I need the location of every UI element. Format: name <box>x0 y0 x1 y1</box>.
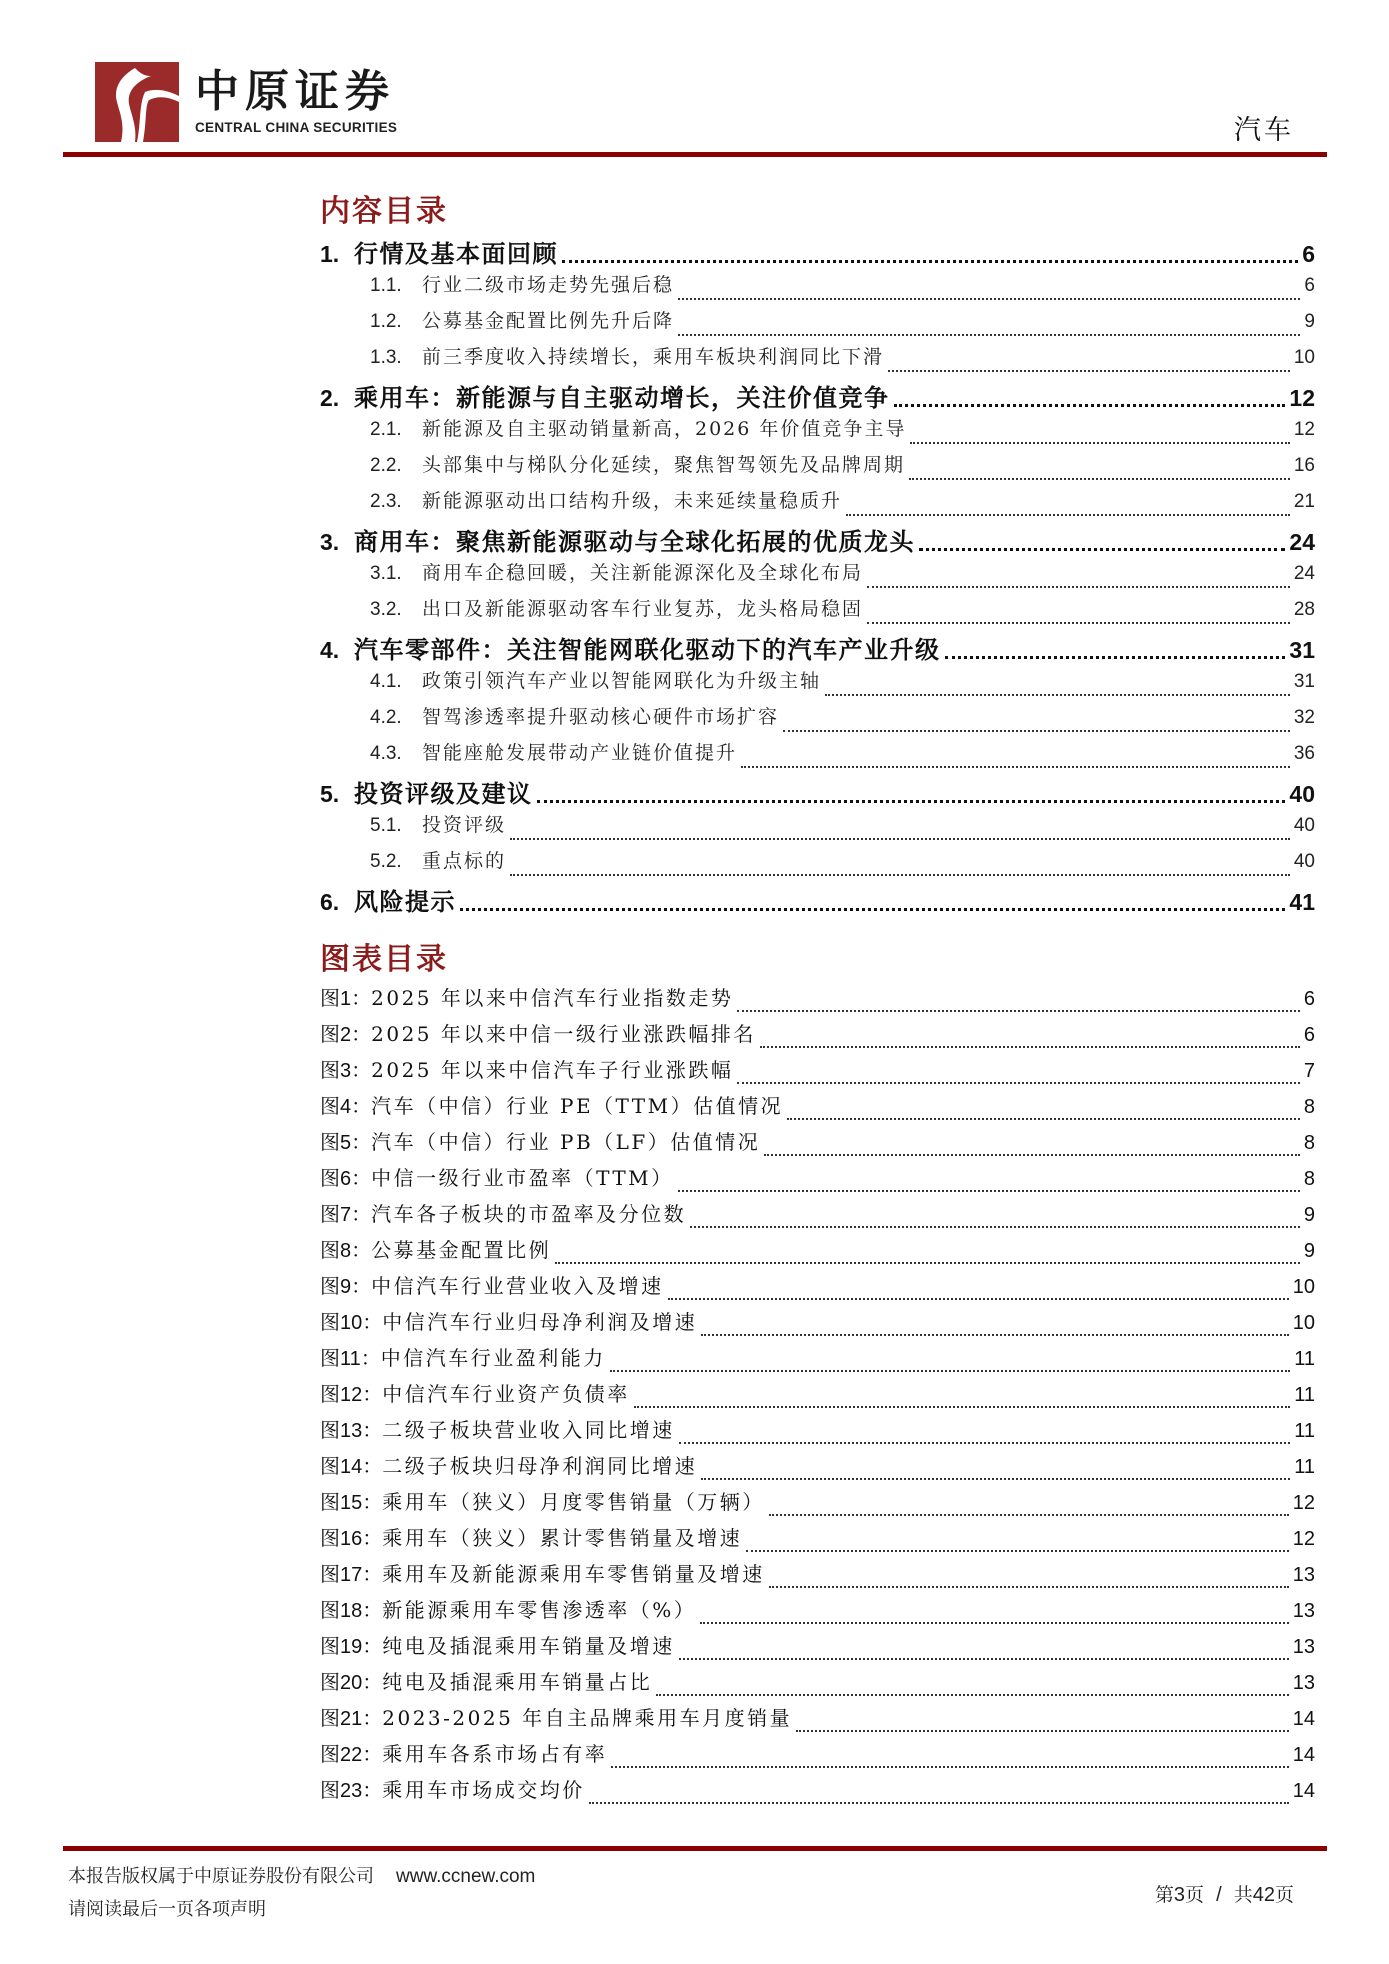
disclaimer-text: 请阅读最后一页各项声明 <box>68 1893 535 1926</box>
figure-prefix: 图 <box>320 1666 340 1695</box>
entry-page: 12 <box>1294 419 1315 441</box>
toc-section[interactable]: 5.投资评级及建议40 <box>320 774 1315 810</box>
entry-number: 1.2. <box>370 311 422 333</box>
figure-prefix: 图 <box>320 982 340 1011</box>
figure-number: 19 <box>340 1636 362 1659</box>
entry-page: 21 <box>1294 491 1315 513</box>
figure-page: 11 <box>1294 1348 1315 1371</box>
entry-number: 5. <box>320 781 354 808</box>
header-divider <box>63 152 1327 157</box>
figure-page: 9 <box>1304 1240 1315 1263</box>
entry-label: 行情及基本面回顾 <box>354 234 558 269</box>
figure-label: 乘用车市场成交均价 <box>382 1774 585 1803</box>
dot-leader <box>945 656 1286 659</box>
figure-colon: ： <box>362 1594 382 1623</box>
dot-leader <box>769 1514 1289 1516</box>
figure-prefix: 图 <box>320 1306 340 1335</box>
figure-colon: ： <box>361 1342 381 1371</box>
figure-colon: ： <box>362 1522 382 1551</box>
figure-colon: ： <box>362 1486 382 1515</box>
figure-entry[interactable]: 图12：中信汽车行业资产负债率11 <box>320 1378 1315 1414</box>
entry-page: 40 <box>1294 851 1315 873</box>
figure-label: 中信汽车行业营业收入及增速 <box>371 1270 664 1299</box>
figure-colon: ： <box>362 1666 382 1695</box>
figure-entry[interactable]: 图16：乘用车（狭义）累计零售销量及增速12 <box>320 1522 1315 1558</box>
figure-prefix: 图 <box>320 1342 340 1371</box>
figure-entry[interactable]: 图1：2025 年以来中信汽车行业指数走势6 <box>320 982 1315 1018</box>
figure-page: 14 <box>1293 1744 1315 1767</box>
figure-number: 13 <box>340 1420 362 1443</box>
entry-number: 1.1. <box>370 275 422 297</box>
entry-label: 出口及新能源驱动客车行业复苏，龙头格局稳固 <box>422 594 863 621</box>
entry-number: 2.2. <box>370 455 422 477</box>
dot-leader <box>589 1802 1289 1804</box>
figure-entry[interactable]: 图8：公募基金配置比例9 <box>320 1234 1315 1270</box>
figure-prefix: 图 <box>320 1630 340 1659</box>
figure-prefix: 图 <box>320 1414 340 1443</box>
figure-label: 2025 年以来中信汽车子行业涨跌幅 <box>371 1054 733 1083</box>
entry-page: 6 <box>1302 241 1315 268</box>
figure-label: 二级子板块营业收入同比增速 <box>382 1414 675 1443</box>
toc-section[interactable]: 3.商用车：聚焦新能源驱动与全球化拓展的优质龙头24 <box>320 522 1315 558</box>
dot-leader <box>867 622 1290 624</box>
figure-number: 6 <box>340 1168 351 1191</box>
toc-subsection[interactable]: 5.2.重点标的40 <box>320 846 1315 882</box>
figure-entry[interactable]: 图9：中信汽车行业营业收入及增速10 <box>320 1270 1315 1306</box>
dot-leader <box>787 1118 1300 1120</box>
figure-colon: ： <box>351 1234 371 1263</box>
toc-section[interactable]: 6.风险提示41 <box>320 882 1315 918</box>
entry-number: 4.2. <box>370 707 422 729</box>
figure-colon: ： <box>351 1018 371 1047</box>
page-header: 中原证券 CENTRAL CHINA SECURITIES 汽车 <box>0 0 1389 160</box>
entry-label: 商用车企稳回暖，关注新能源深化及全球化布局 <box>422 558 863 585</box>
toc-subsection[interactable]: 4.1.政策引领汽车产业以智能网联化为升级主轴31 <box>320 666 1315 702</box>
toc-section[interactable]: 1.行情及基本面回顾6 <box>320 234 1315 270</box>
figure-page: 14 <box>1293 1708 1315 1731</box>
figure-list-title: 图表目录 <box>320 938 1315 982</box>
figure-colon: ： <box>362 1414 382 1443</box>
figure-label: 汽车各子板块的市盈率及分位数 <box>371 1198 686 1227</box>
figure-label: 汽车（中信）行业 PB（LF）估值情况 <box>371 1126 760 1155</box>
dot-leader <box>760 1046 1300 1048</box>
figure-entry[interactable]: 图13：二级子板块营业收入同比增速11 <box>320 1414 1315 1450</box>
figure-entry[interactable]: 图17：乘用车及新能源乘用车零售销量及增速13 <box>320 1558 1315 1594</box>
figure-colon: ： <box>351 1270 371 1299</box>
copyright-text: 本报告版权属于中原证券股份有限公司 <box>68 1866 374 1887</box>
figure-prefix: 图 <box>320 1090 340 1119</box>
website-link[interactable]: www.ccnew.com <box>396 1866 535 1887</box>
dot-leader <box>910 442 1289 444</box>
entry-number: 4. <box>320 637 354 664</box>
figure-page: 13 <box>1293 1672 1315 1695</box>
footer-divider <box>63 1846 1327 1851</box>
figure-number: 16 <box>340 1528 362 1551</box>
figure-number: 21 <box>340 1708 362 1731</box>
entry-number: 5.2. <box>370 851 422 873</box>
toc-section[interactable]: 4.汽车零部件：关注智能网联化驱动下的汽车产业升级31 <box>320 630 1315 666</box>
current-page: 3 <box>1174 1884 1185 1906</box>
dot-leader <box>510 874 1290 876</box>
dot-leader <box>701 1334 1289 1336</box>
entry-page: 40 <box>1289 781 1315 808</box>
figure-prefix: 图 <box>320 1270 340 1299</box>
entry-label: 商用车：聚焦新能源驱动与全球化拓展的优质龙头 <box>354 522 915 557</box>
entry-number: 4.3. <box>370 743 422 765</box>
dot-leader <box>555 1262 1300 1264</box>
dot-leader <box>678 334 1300 336</box>
figure-prefix: 图 <box>320 1486 340 1515</box>
entry-number: 3.1. <box>370 563 422 585</box>
toc-subsection[interactable]: 4.2.智驾渗透率提升驱动核心硬件市场扩容32 <box>320 702 1315 738</box>
figure-number: 14 <box>340 1456 362 1479</box>
figure-prefix: 图 <box>320 1018 340 1047</box>
dot-leader <box>737 1082 1299 1084</box>
figure-colon: ： <box>351 1090 371 1119</box>
toc-subsection[interactable]: 2.2.头部集中与梯队分化延续，聚焦智驾领先及品牌周期16 <box>320 450 1315 486</box>
entry-label: 头部集中与梯队分化延续，聚焦智驾领先及品牌周期 <box>422 450 905 477</box>
figure-prefix: 图 <box>320 1126 340 1155</box>
figure-prefix: 图 <box>320 1738 340 1767</box>
figure-label: 新能源乘用车零售渗透率（%） <box>382 1594 696 1623</box>
figure-page: 10 <box>1293 1312 1315 1335</box>
figure-number: 11 <box>340 1348 361 1371</box>
toc-list: 1.行情及基本面回顾61.1.行业二级市场走势先强后稳61.2.公募基金配置比例… <box>320 234 1315 918</box>
dot-leader <box>909 478 1290 480</box>
toc-subsection[interactable]: 1.1.行业二级市场走势先强后稳6 <box>320 270 1315 306</box>
figure-page: 9 <box>1304 1204 1315 1227</box>
figure-entry[interactable]: 图2：2025 年以来中信一级行业涨跌幅排名6 <box>320 1018 1315 1054</box>
entry-page: 31 <box>1294 671 1315 693</box>
dot-leader <box>610 1370 1290 1372</box>
entry-label: 风险提示 <box>354 882 456 917</box>
entry-page: 36 <box>1294 743 1315 765</box>
figure-page: 11 <box>1294 1456 1315 1479</box>
figure-label: 乘用车各系市场占有率 <box>382 1738 607 1767</box>
entry-page: 24 <box>1289 529 1315 556</box>
figure-prefix: 图 <box>320 1522 340 1551</box>
figure-entry[interactable]: 图19：纯电及插混乘用车销量及增速13 <box>320 1630 1315 1666</box>
toc-subsection[interactable]: 2.1.新能源及自主驱动销量新高，2026 年价值竞争主导12 <box>320 414 1315 450</box>
figure-page: 13 <box>1293 1600 1315 1623</box>
dot-leader <box>701 1478 1290 1480</box>
figure-label: 纯电及插混乘用车销量占比 <box>382 1666 652 1695</box>
entry-label: 投资评级及建议 <box>354 774 533 809</box>
figure-label: 中信汽车行业盈利能力 <box>381 1342 606 1371</box>
figure-colon: ： <box>351 1162 371 1191</box>
entry-page: 24 <box>1294 563 1315 585</box>
logo-english-name: CENTRAL CHINA SECURITIES <box>195 120 397 135</box>
entry-page: 9 <box>1304 311 1315 333</box>
figure-entry[interactable]: 图20：纯电及插混乘用车销量占比13 <box>320 1666 1315 1702</box>
figure-page: 7 <box>1304 1060 1315 1083</box>
figure-label: 公募基金配置比例 <box>371 1234 551 1263</box>
figure-page: 6 <box>1304 1024 1315 1047</box>
entry-number: 2. <box>320 385 354 412</box>
entry-page: 31 <box>1289 637 1315 664</box>
total-pages: 42 <box>1253 1884 1275 1906</box>
figure-page: 13 <box>1293 1636 1315 1659</box>
dot-leader <box>867 586 1290 588</box>
dot-leader <box>668 1298 1289 1300</box>
dot-leader <box>888 370 1290 372</box>
entry-label: 行业二级市场走势先强后稳 <box>422 270 674 297</box>
dot-leader <box>796 1730 1289 1732</box>
figure-number: 8 <box>340 1240 351 1263</box>
figure-colon: ： <box>362 1306 382 1335</box>
logo-emblem-icon <box>95 62 179 142</box>
figure-colon: ： <box>351 982 371 1011</box>
entry-label: 前三季度收入持续增长，乘用车板块利润同比下滑 <box>422 342 884 369</box>
figure-page: 10 <box>1293 1276 1315 1299</box>
figure-prefix: 图 <box>320 1702 340 1731</box>
dot-leader <box>634 1406 1290 1408</box>
dot-leader <box>690 1226 1300 1228</box>
figure-label: 二级子板块归母净利润同比增速 <box>382 1450 697 1479</box>
figure-label: 2025 年以来中信一级行业涨跌幅排名 <box>371 1018 756 1047</box>
toc-subsection[interactable]: 3.2.出口及新能源驱动客车行业复苏，龙头格局稳固28 <box>320 594 1315 630</box>
figure-prefix: 图 <box>320 1774 340 1803</box>
industry-tag: 汽车 <box>1234 108 1294 147</box>
figure-prefix: 图 <box>320 1558 340 1587</box>
figure-entry[interactable]: 图15：乘用车（狭义）月度零售销量（万辆）12 <box>320 1486 1315 1522</box>
figure-number: 23 <box>340 1780 362 1803</box>
entry-label: 政策引领汽车产业以智能网联化为升级主轴 <box>422 666 821 693</box>
dot-leader <box>737 1010 1299 1012</box>
figure-entry[interactable]: 图10：中信汽车行业归母净利润及增速10 <box>320 1306 1315 1342</box>
figure-label: 乘用车（狭义）月度零售销量（万辆） <box>382 1486 765 1515</box>
dot-leader <box>919 548 1285 551</box>
toc-subsection[interactable]: 1.2.公募基金配置比例先升后降9 <box>320 306 1315 342</box>
entry-number: 6. <box>320 889 354 916</box>
figure-number: 17 <box>340 1564 362 1587</box>
dot-leader <box>678 1190 1300 1192</box>
figure-colon: ： <box>362 1774 382 1803</box>
figure-number: 20 <box>340 1672 362 1695</box>
figure-page: 8 <box>1304 1168 1315 1191</box>
figure-page: 14 <box>1293 1780 1315 1803</box>
page-number: 第3页 / 共42页 <box>1155 1880 1294 1907</box>
figure-entry[interactable]: 图7：汽车各子板块的市盈率及分位数9 <box>320 1198 1315 1234</box>
figure-colon: ： <box>351 1054 371 1083</box>
dot-leader <box>611 1766 1289 1768</box>
entry-label: 新能源驱动出口结构升级，未来延续量稳质升 <box>422 486 842 513</box>
figure-prefix: 图 <box>320 1198 340 1227</box>
logo-chinese-name: 中原证券 <box>195 68 397 116</box>
entry-label: 新能源及自主驱动销量新高，2026 年价值竞争主导 <box>422 414 906 441</box>
dot-leader <box>783 730 1290 732</box>
figure-label: 2023-2025 年自主品牌乘用车月度销量 <box>382 1702 792 1731</box>
toc-subsection[interactable]: 4.3.智能座舱发展带动产业链价值提升36 <box>320 738 1315 774</box>
figure-colon: ： <box>362 1738 382 1767</box>
figure-number: 9 <box>340 1276 351 1299</box>
dot-leader <box>460 908 1285 911</box>
page-content: 内容目录 1.行情及基本面回顾61.1.行业二级市场走势先强后稳61.2.公募基… <box>320 190 1315 1810</box>
entry-number: 5.1. <box>370 815 422 837</box>
entry-page: 10 <box>1294 347 1315 369</box>
dot-leader <box>764 1154 1300 1156</box>
entry-page: 16 <box>1294 455 1315 477</box>
dot-leader <box>769 1586 1289 1588</box>
toc-section[interactable]: 2.乘用车：新能源与自主驱动增长，关注价值竞争12 <box>320 378 1315 414</box>
figure-page: 11 <box>1294 1384 1315 1407</box>
dot-leader <box>846 514 1290 516</box>
figure-colon: ： <box>351 1198 371 1227</box>
entry-number: 4.1. <box>370 671 422 693</box>
figure-label: 乘用车（狭义）累计零售销量及增速 <box>382 1522 742 1551</box>
entry-label: 智驾渗透率提升驱动核心硬件市场扩容 <box>422 702 779 729</box>
entry-page: 41 <box>1289 889 1315 916</box>
toc-subsection[interactable]: 5.1.投资评级40 <box>320 810 1315 846</box>
entry-number: 1. <box>320 241 354 268</box>
figure-page: 6 <box>1304 988 1315 1011</box>
entry-label: 公募基金配置比例先升后降 <box>422 306 674 333</box>
footer-left: 本报告版权属于中原证券股份有限公司www.ccnew.com 请阅读最后一页各项… <box>68 1860 535 1926</box>
figure-label: 中信汽车行业归母净利润及增速 <box>382 1306 697 1335</box>
dot-leader <box>537 800 1286 803</box>
figure-number: 3 <box>340 1060 351 1083</box>
figure-entry[interactable]: 图6：中信一级行业市盈率（TTM）8 <box>320 1162 1315 1198</box>
figure-entry[interactable]: 图4：汽车（中信）行业 PE（TTM）估值情况8 <box>320 1090 1315 1126</box>
toc-subsection[interactable]: 1.3.前三季度收入持续增长，乘用车板块利润同比下滑10 <box>320 342 1315 378</box>
figure-entry[interactable]: 图5：汽车（中信）行业 PB（LF）估值情况8 <box>320 1126 1315 1162</box>
entry-label: 投资评级 <box>422 810 506 837</box>
figure-label: 纯电及插混乘用车销量及增速 <box>382 1630 675 1659</box>
figure-number: 15 <box>340 1492 362 1515</box>
figure-page: 8 <box>1304 1132 1315 1155</box>
dot-leader <box>825 694 1290 696</box>
dot-leader <box>656 1694 1289 1696</box>
figure-entry[interactable]: 图11：中信汽车行业盈利能力11 <box>320 1342 1315 1378</box>
figure-entry[interactable]: 图14：二级子板块归母净利润同比增速11 <box>320 1450 1315 1486</box>
figure-colon: ： <box>362 1630 382 1659</box>
figure-label: 乘用车及新能源乘用车零售销量及增速 <box>382 1558 765 1587</box>
figure-list: 图1：2025 年以来中信汽车行业指数走势6图2：2025 年以来中信一级行业涨… <box>320 982 1315 1810</box>
figure-entry[interactable]: 图22：乘用车各系市场占有率14 <box>320 1738 1315 1774</box>
figure-page: 11 <box>1294 1420 1315 1443</box>
figure-number: 22 <box>340 1744 362 1767</box>
entry-label: 乘用车：新能源与自主驱动增长，关注价值竞争 <box>354 378 890 413</box>
entry-label: 汽车零部件：关注智能网联化驱动下的汽车产业升级 <box>354 630 941 665</box>
figure-colon: ： <box>362 1558 382 1587</box>
figure-number: 4 <box>340 1096 351 1119</box>
figure-label: 汽车（中信）行业 PE（TTM）估值情况 <box>371 1090 783 1119</box>
dot-leader <box>700 1622 1288 1624</box>
entry-number: 3. <box>320 529 354 556</box>
figure-entry[interactable]: 图18：新能源乘用车零售渗透率（%）13 <box>320 1594 1315 1630</box>
entry-number: 3.2. <box>370 599 422 621</box>
figure-page: 12 <box>1293 1492 1315 1515</box>
figure-prefix: 图 <box>320 1378 340 1407</box>
entry-page: 32 <box>1294 707 1315 729</box>
figure-prefix: 图 <box>320 1162 340 1191</box>
dot-leader <box>679 1658 1289 1660</box>
dot-leader <box>894 404 1286 407</box>
entry-page: 12 <box>1289 385 1315 412</box>
figure-label: 2025 年以来中信汽车行业指数走势 <box>371 982 733 1011</box>
figure-number: 18 <box>340 1600 362 1623</box>
dot-leader <box>562 260 1298 263</box>
dot-leader <box>741 766 1290 768</box>
figure-page: 8 <box>1304 1096 1315 1119</box>
toc-subsection[interactable]: 3.1.商用车企稳回暖，关注新能源深化及全球化布局24 <box>320 558 1315 594</box>
entry-number: 1.3. <box>370 347 422 369</box>
dot-leader <box>510 838 1290 840</box>
entry-label: 智能座舱发展带动产业链价值提升 <box>422 738 737 765</box>
dot-leader <box>679 1442 1290 1444</box>
company-logo: 中原证券 CENTRAL CHINA SECURITIES <box>95 62 397 142</box>
figure-colon: ： <box>362 1702 382 1731</box>
figure-number: 5 <box>340 1132 351 1155</box>
toc-title: 内容目录 <box>320 190 1315 234</box>
figure-colon: ： <box>362 1378 382 1407</box>
figure-colon: ： <box>351 1126 371 1155</box>
figure-number: 7 <box>340 1204 351 1227</box>
figure-prefix: 图 <box>320 1594 340 1623</box>
figure-colon: ： <box>362 1450 382 1479</box>
entry-number: 2.3. <box>370 491 422 513</box>
entry-page: 40 <box>1294 815 1315 837</box>
figure-page: 13 <box>1293 1564 1315 1587</box>
figure-number: 2 <box>340 1024 351 1047</box>
figure-number: 10 <box>340 1312 362 1335</box>
figure-page: 12 <box>1293 1528 1315 1551</box>
figure-entry[interactable]: 图21：2023-2025 年自主品牌乘用车月度销量14 <box>320 1702 1315 1738</box>
figure-entry[interactable]: 图3：2025 年以来中信汽车子行业涨跌幅7 <box>320 1054 1315 1090</box>
entry-label: 重点标的 <box>422 846 506 873</box>
dot-leader <box>746 1550 1289 1552</box>
figure-prefix: 图 <box>320 1234 340 1263</box>
figure-number: 12 <box>340 1384 362 1407</box>
figure-prefix: 图 <box>320 1054 340 1083</box>
figure-number: 1 <box>340 988 351 1011</box>
figure-entry[interactable]: 图23：乘用车市场成交均价14 <box>320 1774 1315 1810</box>
entry-number: 2.1. <box>370 419 422 441</box>
toc-subsection[interactable]: 2.3.新能源驱动出口结构升级，未来延续量稳质升21 <box>320 486 1315 522</box>
figure-prefix: 图 <box>320 1450 340 1479</box>
figure-label: 中信一级行业市盈率（TTM） <box>371 1162 674 1191</box>
entry-page: 6 <box>1304 275 1315 297</box>
dot-leader <box>678 298 1300 300</box>
figure-label: 中信汽车行业资产负债率 <box>382 1378 630 1407</box>
entry-page: 28 <box>1294 599 1315 621</box>
